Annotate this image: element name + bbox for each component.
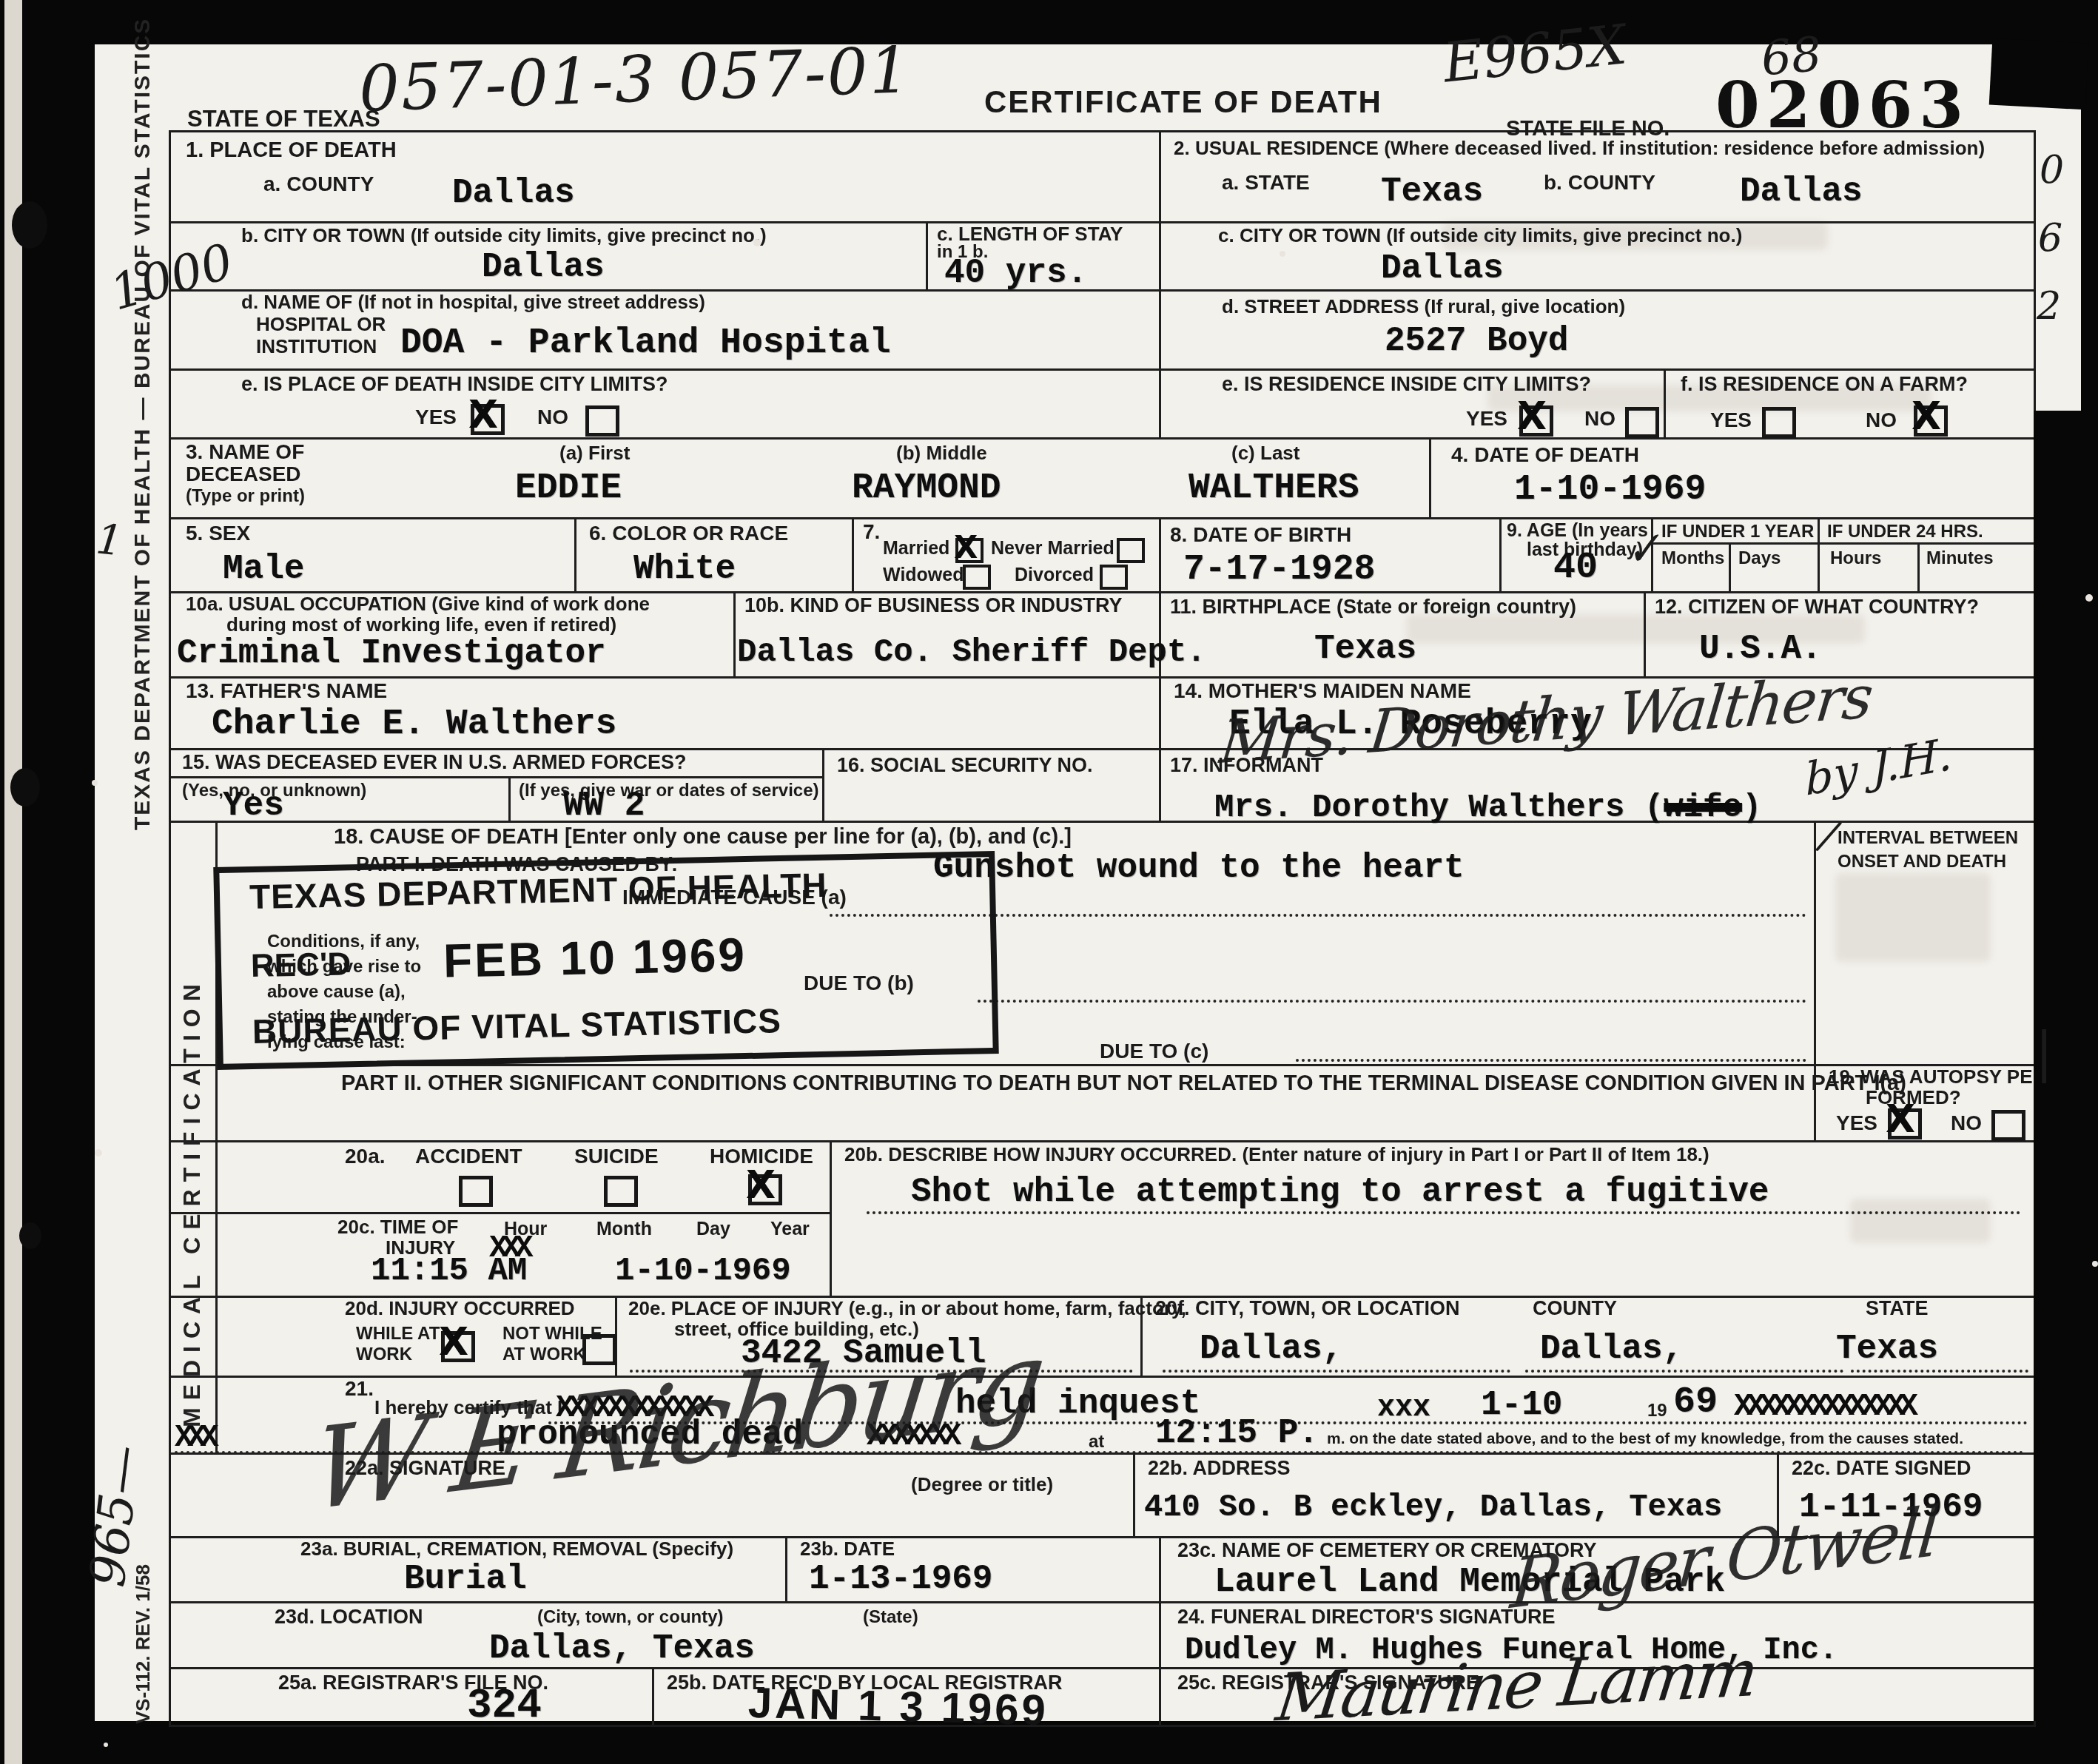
farm-no-checkbox: X <box>1914 405 1948 437</box>
divorced-checkbox <box>1100 565 1128 590</box>
deceased-label2: DECEASED <box>186 462 301 486</box>
married-label: Married <box>883 538 949 559</box>
res-state-label: a. STATE <box>1222 171 1310 195</box>
injury-state-value: Texas <box>1836 1330 1938 1368</box>
stamp-line3: BUREAU OF VITAL STATISTICS <box>252 1000 781 1051</box>
autopsy-label1: 19. WAS AUTOPSY PER- <box>1829 1066 2053 1088</box>
days-label: Days <box>1738 548 1781 569</box>
interval-label2: ONSET AND DEATH <box>1838 852 2006 872</box>
burial-label: 23a. BURIAL, CREMATION, REMOVAL (Specify… <box>300 1538 733 1561</box>
father-label: 13. FATHER'S NAME <box>186 679 387 703</box>
last-name-label: (c) Last <box>1231 442 1300 465</box>
dob-value: 7-17-1928 <box>1183 550 1375 590</box>
res-limits-yes-label: YES <box>1466 407 1507 431</box>
accident-label: ACCIDENT <box>415 1145 522 1168</box>
scan-blemish <box>10 768 40 807</box>
handwritten-age-check: ✓ <box>1622 522 1665 576</box>
farm-yes-label: YES <box>1710 408 1752 432</box>
res-county-value: Dallas <box>1740 172 1863 211</box>
hours-label: Hours <box>1830 548 1881 569</box>
handwritten-right-stroke: | <box>2035 1021 2053 1083</box>
divider <box>1159 289 1161 368</box>
race-label: 6. COLOR OR RACE <box>589 522 788 545</box>
under-24-label: IF UNDER 24 HRS. <box>1827 522 1983 542</box>
dod-label: 4. DATE OF DEATH <box>1451 443 1639 467</box>
pod-county-value: Dallas <box>452 174 575 212</box>
res-limits-no-label: NO <box>1584 407 1615 431</box>
interval-label1: INTERVAL BETWEEN <box>1838 828 2018 849</box>
occupation-label2: during most of working life, even if ret… <box>226 613 616 636</box>
stay-value: 40 yrs. <box>944 254 1087 292</box>
row-city-stay: b. CITY OR TOWN (If outside city limits,… <box>171 221 2034 292</box>
pod-limits-yes-label: YES <box>415 405 457 429</box>
dob-label: 8. DATE OF BIRTH <box>1170 523 1351 547</box>
injury-county-value: Dallas, <box>1540 1330 1683 1368</box>
day-label: Day <box>696 1219 730 1240</box>
degree-label: (Degree or title) <box>911 1473 1053 1496</box>
margin-note-right-6: 6 <box>2038 216 2062 260</box>
sex-label: 5. SEX <box>186 522 250 545</box>
industry-value: Dallas Co. Sheriff Dept. <box>737 634 1206 671</box>
autopsy-yes-checkbox: X <box>1888 1108 1922 1139</box>
accident-checkbox <box>459 1176 493 1207</box>
certify-year-printed: 19 <box>1647 1401 1667 1421</box>
manner-num-label: 20a. <box>345 1145 386 1168</box>
injury-city-label: 20f. CITY, TOWN, OR LOCATION <box>1155 1297 1460 1320</box>
sex-value: Male <box>223 550 304 588</box>
margin-note-1: 1 <box>94 515 125 565</box>
pod-limits-label: e. IS PLACE OF DEATH INSIDE CITY LIMITS? <box>241 373 668 396</box>
state-file-no-label: STATE FILE NO. <box>1506 117 1670 141</box>
while-at-label1: WHILE AT <box>356 1324 440 1344</box>
married-checkbox: X <box>955 538 984 563</box>
stamp-recd: REC'D <box>251 946 352 985</box>
injury-date-value: 1-10-1969 <box>615 1253 791 1290</box>
certify-year-value: 69 <box>1673 1381 1718 1424</box>
first-name-label: (a) First <box>559 442 630 465</box>
forces-value: Yes <box>223 787 284 825</box>
checkbox-mark: X <box>746 1166 776 1205</box>
never-married-checkbox <box>1117 538 1145 563</box>
divider <box>926 221 928 289</box>
row-name-dod: 3. NAME OF DECEASED (Type or print) (a) … <box>171 437 2034 519</box>
minutes-label: Minutes <box>1926 548 1994 569</box>
row-place-residence: 1. PLACE OF DEATH a. COUNTY Dallas 2. US… <box>171 132 2034 223</box>
checkbox-mark: X <box>468 396 498 434</box>
months-label: Months <box>1661 548 1724 569</box>
divider <box>1429 437 1431 517</box>
stamp-line1: TEXAS DEPARTMENT OF HEALTH <box>249 865 828 917</box>
address-label: 22b. ADDRESS <box>1148 1457 1291 1480</box>
margin-note-right-2: 2 <box>2037 284 2061 329</box>
injury-county-label: COUNTY <box>1533 1297 1617 1320</box>
row-forces-informant: 15. WAS DECEASED EVER IN U.S. ARMED FORC… <box>171 748 2034 823</box>
address-value: 410 So. B eckley, Dallas, Texas <box>1144 1489 1722 1525</box>
scan-corner-shadow <box>1989 38 2089 110</box>
scan-speck <box>104 1743 108 1747</box>
widowed-label: Widowed <box>883 565 964 586</box>
certify-xxx1: xxx <box>1377 1392 1430 1425</box>
checkbox-mark: X <box>1886 1100 1915 1139</box>
autopsy-no-checkbox <box>1991 1110 2025 1141</box>
checkbox-mark: X <box>1912 397 1941 436</box>
res-county-label: b. COUNTY <box>1544 171 1655 195</box>
month-label: Month <box>596 1219 652 1240</box>
not-while-label2: AT WORK <box>502 1344 586 1365</box>
received-stamp: TEXAS DEPARTMENT OF HEALTH REC'D FEB 10 … <box>213 851 999 1070</box>
res-city-value: Dallas <box>1381 249 1504 288</box>
widowed-checkbox <box>963 565 991 590</box>
registrar-file-value: 324 <box>467 1682 542 1729</box>
time-label1: 20c. TIME OF <box>337 1216 458 1239</box>
institution-label3: INSTITUTION <box>256 335 377 358</box>
injury-city-value: Dallas, <box>1200 1330 1342 1368</box>
certify-num: 21. <box>345 1377 374 1401</box>
location-value: Dallas, Texas <box>489 1629 755 1668</box>
deceased-label3: (Type or print) <box>186 486 305 507</box>
row-manner-of-death: 20a. ACCIDENT SUICIDE HOMICIDE X 20b. DE… <box>171 1140 2034 1214</box>
burial-date-label: 23b. DATE <box>800 1538 895 1561</box>
injury-state-label: STATE <box>1866 1297 1929 1320</box>
burial-date-value: 1-13-1969 <box>809 1560 992 1598</box>
under-1-year-label: IF UNDER 1 YEAR <box>1661 522 1814 542</box>
autopsy-yes-label: YES <box>1836 1111 1877 1135</box>
pod-city-label: b. CITY OR TOWN (If outside city limits,… <box>241 224 767 247</box>
certify-struck2: XXXXXXXXXXXXXX <box>1734 1389 1912 1424</box>
middle-name-value: RAYMOND <box>852 468 1001 508</box>
describe-label: 20b. DESCRIBE HOW INJURY OCCURRED. (Ente… <box>844 1143 1709 1166</box>
certify-date-value: 1-10 <box>1481 1386 1562 1424</box>
date-signed-label: 22c. DATE SIGNED <box>1792 1457 1971 1480</box>
row-cause-of-death: 18. CAUSE OF DEATH [Enter only one cause… <box>171 821 2034 1066</box>
part2-label: PART II. OTHER SIGNIFICANT CONDITIONS CO… <box>341 1071 1906 1096</box>
handwritten-code-68: 68 <box>1759 27 1824 87</box>
row-time-of-injury: 20c. TIME OF INJURY Hour Month Day Year … <box>171 1214 2034 1298</box>
res-city-label: c. CITY OR TOWN (If outside city limits,… <box>1218 224 1742 247</box>
while-at-label2: WORK <box>356 1344 412 1365</box>
location-label: 23d. LOCATION <box>275 1606 423 1629</box>
divider <box>1159 221 1161 289</box>
due-to-c-label: DUE TO (c) <box>1100 1040 1208 1063</box>
dod-value: 1-10-1969 <box>1514 470 1706 510</box>
checkbox-mark: X <box>439 1323 468 1361</box>
location-sub1: (City, town, or county) <box>537 1607 724 1628</box>
age-value: 40 <box>1553 547 1598 589</box>
location-sub2: (State) <box>863 1607 918 1628</box>
res-street-label: d. STREET ADDRESS (If rural, give locati… <box>1222 295 1625 318</box>
immediate-cause-value: Gunshot wound to the heart <box>933 849 1465 887</box>
industry-label: 10b. KIND OF BUSINESS OR INDUSTRY <box>744 594 1123 617</box>
pronounced-time-value: 12:15 P. <box>1155 1414 1319 1452</box>
farm-label: f. IS RESIDENCE ON A FARM? <box>1681 373 1968 396</box>
place-of-injury-label1: 20e. PLACE OF INJURY (e.g., in or about … <box>628 1297 1186 1320</box>
marital-label: 7. <box>863 520 880 544</box>
scan-blemish <box>12 201 47 249</box>
last-name-value: WALTHERS <box>1188 468 1359 508</box>
checkbox-mark: X <box>1517 397 1547 436</box>
divider <box>1159 132 1161 221</box>
ssn-label: 16. SOCIAL SECURITY NO. <box>837 754 1093 777</box>
citizen-label: 12. CITIZEN OF WHAT COUNTRY? <box>1655 596 1979 619</box>
row-limits-farm: e. IS PLACE OF DEATH INSIDE CITY LIMITS?… <box>171 368 2034 440</box>
state-file-number-stamp: 02063 <box>1715 68 1970 143</box>
date-recd-stamp: JAN 1 3 1969 <box>747 1678 1049 1736</box>
burial-value: Burial <box>404 1560 527 1598</box>
divorced-label: Divorced <box>1015 565 1094 586</box>
institution-label2: HOSPITAL OR <box>256 313 386 336</box>
suicide-label: SUICIDE <box>574 1145 659 1168</box>
year-label: Year <box>770 1219 810 1240</box>
certify-text2: m. on the date stated above, and to the … <box>1327 1430 1963 1448</box>
institution-label1: d. NAME OF (If not in hospital, give str… <box>241 291 705 314</box>
citizen-value: U.S.A. <box>1699 630 1822 668</box>
occurred-label: 20d. INJURY OCCURRED <box>345 1297 575 1320</box>
scan-left-edge <box>4 0 22 1764</box>
birthplace-value: Texas <box>1314 630 1416 668</box>
describe-value: Shot while attempting to arrest a fugiti… <box>911 1173 1769 1211</box>
res-limits-no-checkbox <box>1625 407 1659 438</box>
certify-at-label: at <box>1089 1432 1104 1452</box>
director-label: 24. FUNERAL DIRECTOR'S SIGNATURE <box>1177 1606 1555 1629</box>
service-value: WW 2 <box>563 787 645 825</box>
farm-no-label: NO <box>1866 408 1897 432</box>
scan-blemish <box>19 1222 41 1249</box>
scanned-death-certificate: { "common": {"yes": "YES", "no": "NO"}, … <box>0 0 2098 1764</box>
occupation-value: Criminal Investigator <box>177 634 606 673</box>
certificate-title: CERTIFICATE OF DEATH <box>984 84 1382 120</box>
stamp-date: FEB 10 1969 <box>443 927 747 989</box>
occupation-label1: 10a. USUAL OCCUPATION (Give kind of work… <box>186 593 650 616</box>
homicide-checkbox: X <box>748 1174 782 1205</box>
divider <box>1159 368 1161 437</box>
pod-limits-no-checkbox <box>585 405 619 437</box>
medical-certification-vertical-label: MEDICAL CERTIFICATION <box>178 850 206 1427</box>
farm-yes-checkbox <box>1762 407 1796 438</box>
institution-value: DOA - Parkland Hospital <box>400 323 891 363</box>
first-name-value: EDDIE <box>515 468 622 508</box>
birthplace-label: 11. BIRTHPLACE (State or foreign country… <box>1170 596 1576 619</box>
place-of-death-heading: 1. PLACE OF DEATH <box>186 138 397 163</box>
father-value: Charlie E. Walthers <box>212 704 616 744</box>
while-at-work-checkbox: X <box>441 1331 475 1362</box>
pod-city-value: Dallas <box>482 248 605 286</box>
deceased-label1: 3. NAME OF <box>186 440 304 464</box>
pod-limits-no-label: NO <box>537 405 568 429</box>
res-state-value: Texas <box>1381 172 1483 211</box>
row-injury-place: 20d. INJURY OCCURRED WHILE AT WORK X NOT… <box>171 1296 2034 1378</box>
row-hospital-street: d. NAME OF (If not in hospital, give str… <box>171 289 2034 371</box>
pod-county-label: a. COUNTY <box>263 172 374 196</box>
row-occupation: 10a. USUAL OCCUPATION (Give kind of work… <box>171 591 2034 679</box>
suicide-checkbox <box>604 1176 638 1207</box>
not-while-at-work-checkbox <box>582 1334 616 1365</box>
cause-label: 18. CAUSE OF DEATH [Enter only one cause… <box>334 825 1072 849</box>
race-value: White <box>633 550 736 588</box>
checkbox-mark: X <box>954 532 978 563</box>
forces-label: 15. WAS DECEASED EVER IN U.S. ARMED FORC… <box>182 751 687 774</box>
never-married-label: Never Married <box>991 538 1114 559</box>
res-limits-yes-checkbox: X <box>1519 405 1553 437</box>
divider <box>1664 368 1666 437</box>
res-street-value: 2527 Boyd <box>1385 322 1568 360</box>
middle-name-label: (b) Middle <box>896 442 987 465</box>
pod-limits-yes-checkbox: X <box>471 404 505 435</box>
row-sex-race-age: 5. SEX Male 6. COLOR OR RACE White 7. Ma… <box>171 517 2034 593</box>
row-part2-autopsy: PART II. OTHER SIGNIFICANT CONDITIONS CO… <box>171 1064 2034 1142</box>
time-overstrike: XXX <box>489 1231 528 1266</box>
autopsy-no-label: NO <box>1951 1111 1982 1135</box>
margin-note-right-0: 0 <box>2040 148 2064 192</box>
state-of-texas-label: STATE OF TEXAS <box>187 106 380 132</box>
res-limits-label: e. IS RESIDENCE INSIDE CITY LIMITS? <box>1222 373 1591 396</box>
